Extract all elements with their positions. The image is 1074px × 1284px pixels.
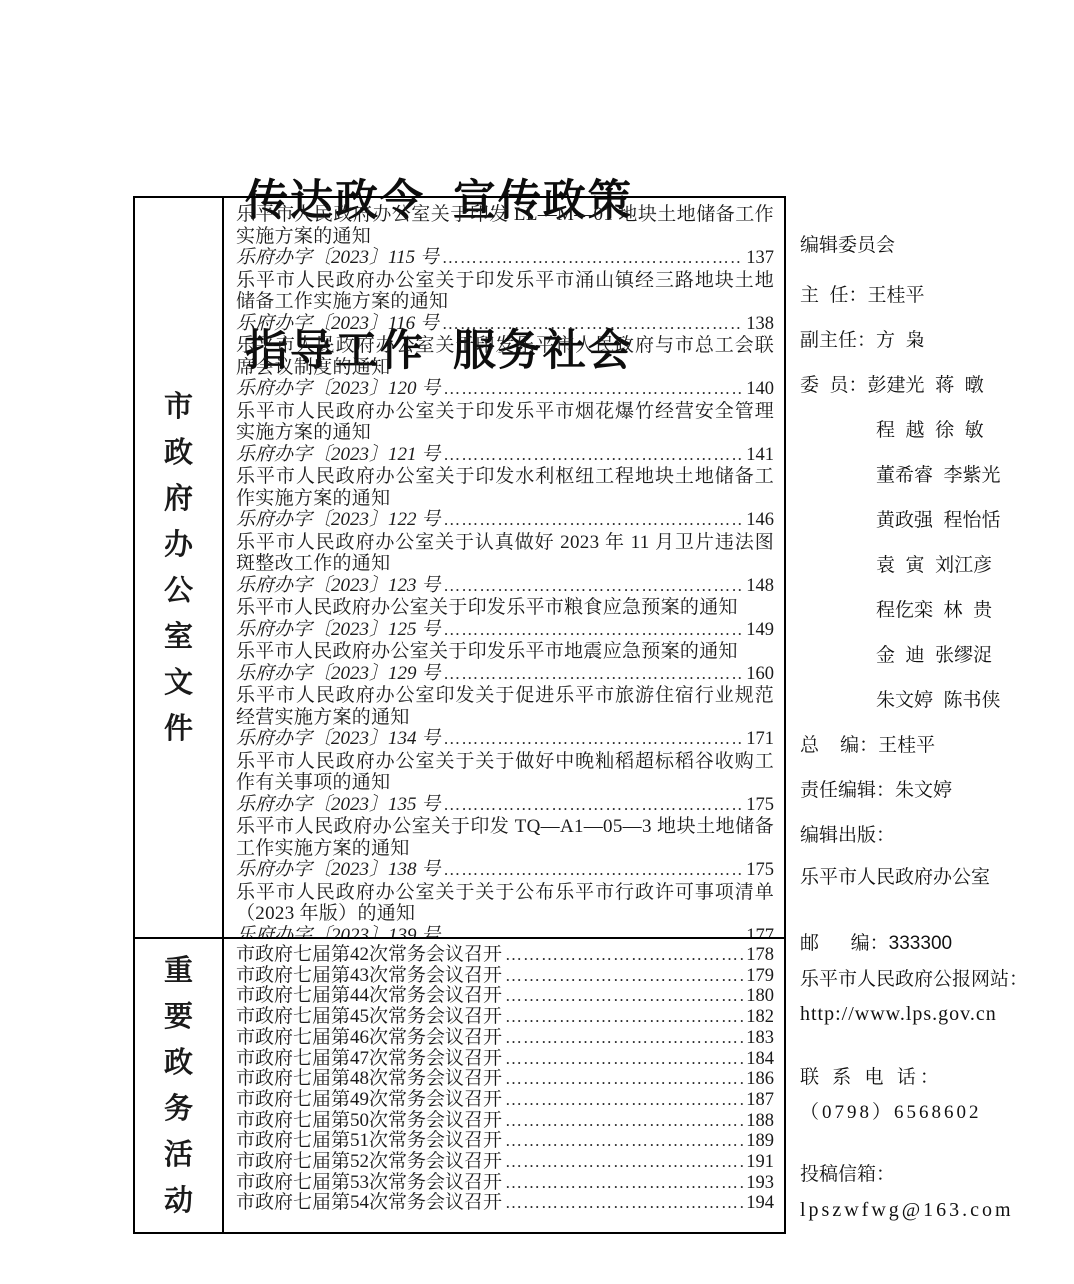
dot-leader — [505, 945, 743, 966]
toc-entry: 乐平市人民政府办公室关于印发乐平市涌山镇经三路地块土地储备工作实施方案的通知 乐… — [236, 270, 774, 336]
toc-entry: 市政府七届第45次常务会议召开 182 — [236, 1007, 774, 1028]
committee-member-row: 袁 寅 刘江彦 — [800, 555, 1040, 577]
entry-title: 乐平市人民政府办公室关于印发 LL—M—01 地块土地储备工作实施方案的通知 — [236, 204, 774, 247]
dot-leader — [505, 1007, 743, 1028]
gazette-contents-page: 传达政令 宣传政策 指导工作 服务社会 市政府办公室文件 乐平市人民政府办公室关… — [0, 0, 1074, 1284]
toc-entry: 乐平市人民政府办公室关于认真做好 2023 年 11 月卫片违法图斑整改工作的通… — [236, 532, 774, 598]
entry-title: 市政府七届第47次常务会议召开 — [236, 1049, 502, 1070]
entry-doc-line: 乐府办字〔2023〕129 号 160 — [236, 663, 774, 686]
entry-title: 乐平市人民政府办公室关于印发乐平市涌山镇经三路地块土地储备工作实施方案的通知 — [236, 270, 774, 313]
page-number: 194 — [746, 1193, 774, 1214]
page-number: 140 — [746, 379, 774, 401]
document-number: 乐府办字〔2023〕135 号 — [236, 794, 440, 816]
entry-title: 市政府七届第50次常务会议召开 — [236, 1111, 502, 1132]
dot-leader — [505, 1028, 743, 1049]
document-number: 乐府办字〔2023〕116 号 — [236, 313, 439, 335]
toc-entry: 市政府七届第51次常务会议召开 189 — [236, 1131, 774, 1152]
dot-leader — [443, 925, 743, 938]
entry-doc-line: 乐府办字〔2023〕139 号 177 — [236, 925, 774, 938]
toc-entry: 市政府七届第46次常务会议召开 183 — [236, 1028, 774, 1049]
page-number: 187 — [746, 1090, 774, 1111]
toc-entry: 市政府七届第42次常务会议召开 178 — [236, 945, 774, 966]
director-line: 主 任：王桂平 — [800, 285, 1040, 307]
entry-title: 市政府七届第52次常务会议召开 — [236, 1152, 502, 1173]
entry-doc-line: 乐府办字〔2023〕138 号 175 — [236, 859, 774, 882]
toc-table: 市政府办公室文件 乐平市人民政府办公室关于印发 LL—M—01 地块土地储备工作… — [133, 196, 786, 1234]
colophon-sidebar: 编辑委员会 主 任：王桂平 副主任：方 枭 委 员：彭建光 蒋 暾 程 越 徐 … — [800, 235, 1040, 1221]
section-label-office-documents: 市政府办公室文件 — [163, 384, 195, 752]
entry-title: 乐平市人民政府办公室关于印发乐平市人民政府与市总工会联席会议制度的通知 — [236, 335, 774, 378]
toc-entry: 市政府七届第47次常务会议召开 184 — [236, 1049, 774, 1070]
page-number: 141 — [746, 445, 774, 467]
section-label-cell: 重要政务活动 — [135, 939, 224, 1232]
entry-doc-line: 乐府办字〔2023〕120 号 140 — [236, 378, 774, 401]
committee-member-row: 金 迪 张缪浞 — [800, 645, 1040, 667]
page-number: 188 — [746, 1111, 774, 1132]
document-number: 乐府办字〔2023〕121 号 — [236, 444, 440, 466]
entry-doc-line: 乐府办字〔2023〕115 号 137 — [236, 247, 774, 270]
deputy-director-line: 副主任：方 枭 — [800, 330, 1040, 352]
entry-doc-line: 乐府办字〔2023〕121 号 141 — [236, 444, 774, 467]
entry-title: 市政府七届第44次常务会议召开 — [236, 986, 502, 1007]
dot-leader — [443, 575, 743, 597]
dot-leader — [505, 1152, 743, 1173]
toc-entry: 市政府七届第48次常务会议召开 186 — [236, 1069, 774, 1090]
toc-entry: 市政府七届第53次常务会议召开 193 — [236, 1173, 774, 1194]
document-number: 乐府办字〔2023〕134 号 — [236, 728, 440, 750]
entry-doc-line: 乐府办字〔2023〕122 号 146 — [236, 509, 774, 532]
dot-leader — [443, 663, 743, 685]
page-number: 180 — [746, 986, 774, 1007]
entry-title: 乐平市人民政府办公室关于印发水利枢纽工程地块土地储备工作实施方案的通知 — [236, 466, 774, 509]
page-number: 160 — [746, 664, 774, 686]
section-label-cell: 市政府办公室文件 — [135, 198, 224, 937]
toc-entry: 市政府七届第52次常务会议召开 191 — [236, 1152, 774, 1173]
dot-leader — [505, 1049, 743, 1070]
toc-entry: 市政府七届第50次常务会议召开 188 — [236, 1111, 774, 1132]
publisher-label: 编辑出版： — [800, 825, 1040, 847]
postcode-line: 邮 编：333300 — [800, 933, 1040, 955]
email-address: lpszwfwg@163.com — [800, 1199, 1040, 1221]
page-number: 193 — [746, 1173, 774, 1194]
phone-number: （0798）6568602 — [800, 1102, 1040, 1124]
dot-leader — [505, 1173, 743, 1194]
dot-leader — [505, 1111, 743, 1132]
entry-title: 乐平市人民政府办公室关于印发乐平市粮食应急预案的通知 — [236, 597, 774, 619]
toc-entry: 乐平市人民政府办公室关于印发水利枢纽工程地块土地储备工作实施方案的通知 乐府办字… — [236, 466, 774, 532]
dot-leader — [442, 247, 743, 269]
entry-title: 市政府七届第53次常务会议召开 — [236, 1173, 502, 1194]
entry-doc-line: 乐府办字〔2023〕135 号 175 — [236, 794, 774, 817]
entry-doc-line: 乐府办字〔2023〕134 号 171 — [236, 728, 774, 751]
document-number: 乐府办字〔2023〕138 号 — [236, 859, 440, 881]
page-number: 184 — [746, 1049, 774, 1070]
dot-leader — [443, 509, 743, 531]
page-number: 138 — [746, 314, 774, 336]
dot-leader — [505, 1193, 743, 1214]
dot-leader — [443, 619, 743, 641]
document-number: 乐府办字〔2023〕122 号 — [236, 509, 440, 531]
dot-leader — [505, 1069, 743, 1090]
entry-title: 市政府七届第49次常务会议召开 — [236, 1090, 502, 1111]
entry-doc-line: 乐府办字〔2023〕116 号 138 — [236, 313, 774, 336]
document-number: 乐府办字〔2023〕129 号 — [236, 663, 440, 685]
entry-title: 市政府七届第51次常务会议召开 — [236, 1131, 502, 1152]
toc-entry: 市政府七届第43次常务会议召开 179 — [236, 966, 774, 987]
entry-title: 乐平市人民政府办公室关于印发乐平市地震应急预案的通知 — [236, 641, 774, 663]
dot-leader — [505, 986, 743, 1007]
toc-section-government-activities: 重要政务活动 市政府七届第42次常务会议召开 178 市政府七届第43次常务会议… — [135, 939, 784, 1232]
entry-title: 乐平市人民政府办公室关于认真做好 2023 年 11 月卫片违法图斑整改工作的通… — [236, 532, 774, 575]
committee-member-row: 程 越 徐 敏 — [800, 420, 1040, 442]
dot-leader — [443, 794, 743, 816]
toc-entry: 乐平市人民政府办公室关于印发乐平市人民政府与市总工会联席会议制度的通知 乐府办字… — [236, 335, 774, 401]
dot-leader — [505, 1090, 743, 1111]
document-number: 乐府办字〔2023〕125 号 — [236, 619, 440, 641]
committee-member-row: 黄政强 程怡恬 — [800, 510, 1040, 532]
toc-entry: 市政府七届第54次常务会议召开 194 — [236, 1193, 774, 1214]
dot-leader — [443, 378, 743, 400]
page-number: 148 — [746, 576, 774, 598]
committee-member-row: 朱文婷 陈书侠 — [800, 690, 1040, 712]
document-number: 乐府办字〔2023〕123 号 — [236, 575, 440, 597]
entry-title: 市政府七届第46次常务会议召开 — [236, 1028, 502, 1049]
dot-leader — [443, 859, 743, 881]
entry-title: 市政府七届第42次常务会议召开 — [236, 945, 502, 966]
committee-member-row: 董希睿 李紫光 — [800, 465, 1040, 487]
committee-members-first-line: 委 员：彭建光 蒋 暾 — [800, 375, 1040, 397]
page-number: 146 — [746, 510, 774, 532]
toc-section-office-documents: 市政府办公室文件 乐平市人民政府办公室关于印发 LL—M—01 地块土地储备工作… — [135, 198, 784, 939]
entry-title: 市政府七届第43次常务会议召开 — [236, 966, 502, 987]
dot-leader — [443, 728, 743, 750]
entry-title: 市政府七届第54次常务会议召开 — [236, 1193, 502, 1214]
page-number: 182 — [746, 1007, 774, 1028]
page-number: 149 — [746, 620, 774, 642]
page-number: 177 — [746, 926, 774, 938]
entry-title: 乐平市人民政府办公室关于关于做好中晚籼稻超标稻谷收购工作有关事项的通知 — [236, 751, 774, 794]
dot-leader — [442, 313, 743, 335]
page-number: 178 — [746, 945, 774, 966]
publisher-name: 乐平市人民政府办公室 — [800, 867, 1040, 889]
entry-title: 市政府七届第48次常务会议召开 — [236, 1069, 502, 1090]
entry-title: 乐平市人民政府办公室关于印发 TQ—A1—05—3 地块土地储备工作实施方案的通… — [236, 816, 774, 859]
toc-entry: 市政府七届第44次常务会议召开 180 — [236, 986, 774, 1007]
page-number: 137 — [746, 248, 774, 270]
toc-entry: 乐平市人民政府办公室关于印发乐平市烟花爆竹经营安全管理实施方案的通知 乐府办字〔… — [236, 401, 774, 467]
toc-entry: 市政府七届第49次常务会议召开 187 — [236, 1090, 774, 1111]
entry-doc-line: 乐府办字〔2023〕125 号 149 — [236, 619, 774, 642]
dot-leader — [505, 1131, 743, 1152]
email-label: 投稿信箱： — [800, 1164, 1040, 1186]
page-number: 175 — [746, 860, 774, 882]
editorial-committee-title: 编辑委员会 — [800, 235, 1040, 257]
committee-member-rows: 程 越 徐 敏 董希睿 李紫光 黄政强 程怡恬 袁 寅 刘江彦 程仡栾 林 贵 … — [800, 420, 1040, 712]
page-number: 183 — [746, 1028, 774, 1049]
document-number: 乐府办字〔2023〕120 号 — [236, 378, 440, 400]
page-number: 191 — [746, 1152, 774, 1173]
entry-title: 市政府七届第45次常务会议召开 — [236, 1007, 502, 1028]
section-label-government-activities: 重要政务活动 — [163, 948, 195, 1224]
entry-doc-line: 乐府办字〔2023〕123 号 148 — [236, 575, 774, 598]
entry-title: 乐平市人民政府办公室关于印发乐平市烟花爆竹经营安全管理实施方案的通知 — [236, 401, 774, 444]
responsible-editor-line: 责任编辑：朱文婷 — [800, 780, 1040, 802]
chief-editor-line: 总 编：王桂平 — [800, 735, 1040, 757]
page-number: 189 — [746, 1131, 774, 1152]
office-documents-list: 乐平市人民政府办公室关于印发 LL—M—01 地块土地储备工作实施方案的通知 乐… — [224, 198, 784, 937]
toc-entry: 乐平市人民政府办公室关于关于公布乐平市行政许可事项清单（2023 年版）的通知 … — [236, 882, 774, 938]
page-number: 179 — [746, 966, 774, 987]
entry-title: 乐平市人民政府办公室关于关于公布乐平市行政许可事项清单（2023 年版）的通知 — [236, 882, 774, 925]
toc-entry: 乐平市人民政府办公室印发关于促进乐平市旅游住宿行业规范经营实施方案的通知 乐府办… — [236, 685, 774, 751]
page-number: 186 — [746, 1069, 774, 1090]
toc-entry: 乐平市人民政府办公室关于关于做好中晚籼稻超标稻谷收购工作有关事项的通知 乐府办字… — [236, 751, 774, 817]
toc-entry: 乐平市人民政府办公室关于印发乐平市粮食应急预案的通知 乐府办字〔2023〕125… — [236, 597, 774, 641]
government-activities-list: 市政府七届第42次常务会议召开 178 市政府七届第43次常务会议召开 179 … — [224, 939, 784, 1232]
page-number: 171 — [746, 729, 774, 751]
website-label: 乐平市人民政府公报网站： — [800, 969, 1040, 991]
document-number: 乐府办字〔2023〕139 号 — [236, 925, 440, 938]
dot-leader — [505, 966, 743, 987]
toc-entry: 乐平市人民政府办公室关于印发乐平市地震应急预案的通知 乐府办字〔2023〕129… — [236, 641, 774, 685]
toc-entry: 乐平市人民政府办公室关于印发 LL—M—01 地块土地储备工作实施方案的通知 乐… — [236, 204, 774, 270]
dot-leader — [443, 444, 743, 466]
document-number: 乐府办字〔2023〕115 号 — [236, 247, 439, 269]
committee-member-row: 程仡栾 林 贵 — [800, 600, 1040, 622]
website-url: http://www.lps.gov.cn — [800, 1003, 1040, 1025]
page-number: 175 — [746, 795, 774, 817]
toc-entry: 乐平市人民政府办公室关于印发 TQ—A1—05—3 地块土地储备工作实施方案的通… — [236, 816, 774, 882]
phone-label: 联 系 电 话： — [800, 1067, 1040, 1089]
entry-title: 乐平市人民政府办公室印发关于促进乐平市旅游住宿行业规范经营实施方案的通知 — [236, 685, 774, 728]
